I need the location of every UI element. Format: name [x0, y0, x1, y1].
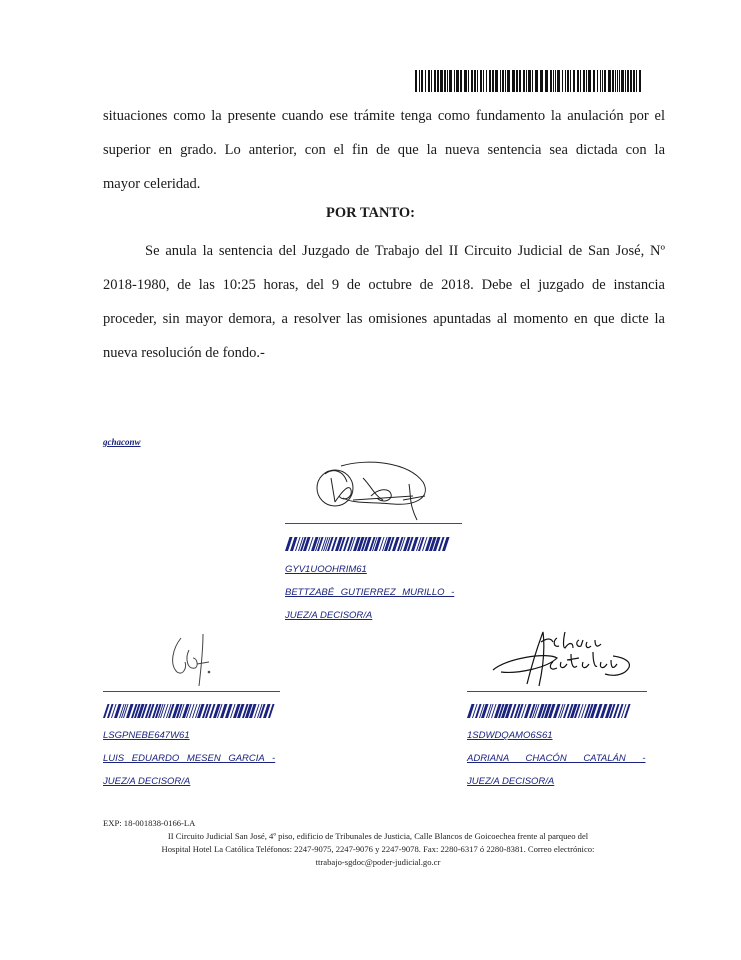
signer-role: JUEZ/A DECISOR/A — [285, 610, 372, 621]
court-contact-line: Hospital Hotel La Católica Teléfonos: 22… — [98, 843, 658, 856]
barcode-icon — [415, 70, 643, 92]
handwritten-signature-icon — [313, 460, 433, 522]
court-address-line: II Circuito Judicial San José, 4º piso, … — [98, 830, 658, 843]
signer-name: ADRIANA CHACÓN CATALÁN - — [467, 753, 646, 764]
text-line: mayor celeridad. — [103, 167, 665, 201]
paragraph-continuation: situaciones como la presente cuando ese … — [103, 99, 665, 201]
signer-name: LUIS EDUARDO MESEN GARCIA - — [103, 753, 275, 764]
text-line: proceder, sin mayor demora, a resolver l… — [103, 302, 665, 336]
signature-line — [285, 523, 462, 524]
text-line: Se anula la sentencia del Juzgado de Tra… — [103, 234, 665, 268]
signature-code: 1SDWDQAMO6S61 — [467, 730, 553, 741]
signer-name: BETTZABÉ GUTIERREZ MURILLO - — [285, 587, 454, 598]
signer-role: JUEZ/A DECISOR/A — [103, 776, 190, 787]
handwritten-signature-icon — [487, 628, 637, 690]
section-heading: POR TANTO: — [0, 205, 741, 222]
text-line: 2018-1980, de las 10:25 horas, del 9 de … — [103, 268, 665, 302]
signature-line — [103, 691, 280, 692]
text-line: superior en grado. Lo anterior, con el f… — [103, 133, 665, 167]
signature-barcode-icon — [103, 704, 278, 718]
text-line: nueva resolución de fondo.- — [103, 336, 665, 370]
document-footer: EXP: 18-001838-0166-LA II Circuito Judic… — [103, 817, 658, 869]
signature-line — [467, 691, 647, 692]
handwritten-signature-icon — [163, 628, 223, 690]
signer-role: JUEZ/A DECISOR/A — [467, 776, 554, 787]
court-email: ttrabajo-sgdoc@poder-judicial.go.cr — [98, 856, 658, 869]
signature-barcode-icon — [285, 537, 452, 551]
signature-code: LSGPNEBE647W61 — [103, 730, 190, 741]
resolution-paragraph: Se anula la sentencia del Juzgado de Tra… — [103, 234, 665, 370]
author-tag: gchaconw — [103, 437, 141, 447]
signature-code: GYV1UOOHRIM61 — [285, 564, 367, 575]
case-number: EXP: 18-001838-0166-LA — [103, 817, 658, 830]
signature-barcode-icon — [467, 704, 634, 718]
text-line: situaciones como la presente cuando ese … — [103, 99, 665, 133]
